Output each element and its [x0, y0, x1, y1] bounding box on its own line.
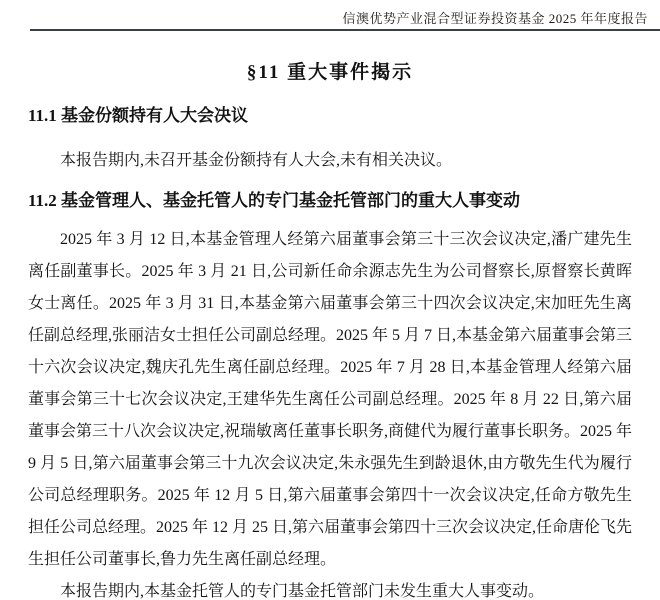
section-11-2-paragraph-personnel-changes: 2025 年 3 月 12 日,本基金管理人经第六届董事会第三十三次会议决定,潘… [28, 224, 632, 576]
section-11-2-paragraph-custodian: 本报告期内,本基金托管人的专门基金托管部门未发生重大人事变动。 [28, 576, 632, 600]
report-page: 信澳优势产业混合型证券投资基金 2025 年年度报告 §11 重大事件揭示 11… [0, 0, 660, 600]
chapter-title: §11 重大事件揭示 [0, 61, 660, 85]
section-heading-11-1: 11.1 基金份额持有人大会决议 [28, 105, 632, 127]
section-heading-11-2: 11.2 基金管理人、基金托管人的专门基金托管部门的重大人事变动 [28, 190, 632, 212]
section-11-1-paragraph: 本报告期内,未召开基金份额持有人大会,未有相关决议。 [28, 145, 632, 177]
page-header-fund-title: 信澳优势产业混合型证券投资基金 2025 年年度报告 [0, 0, 660, 29]
header-divider [30, 29, 660, 31]
